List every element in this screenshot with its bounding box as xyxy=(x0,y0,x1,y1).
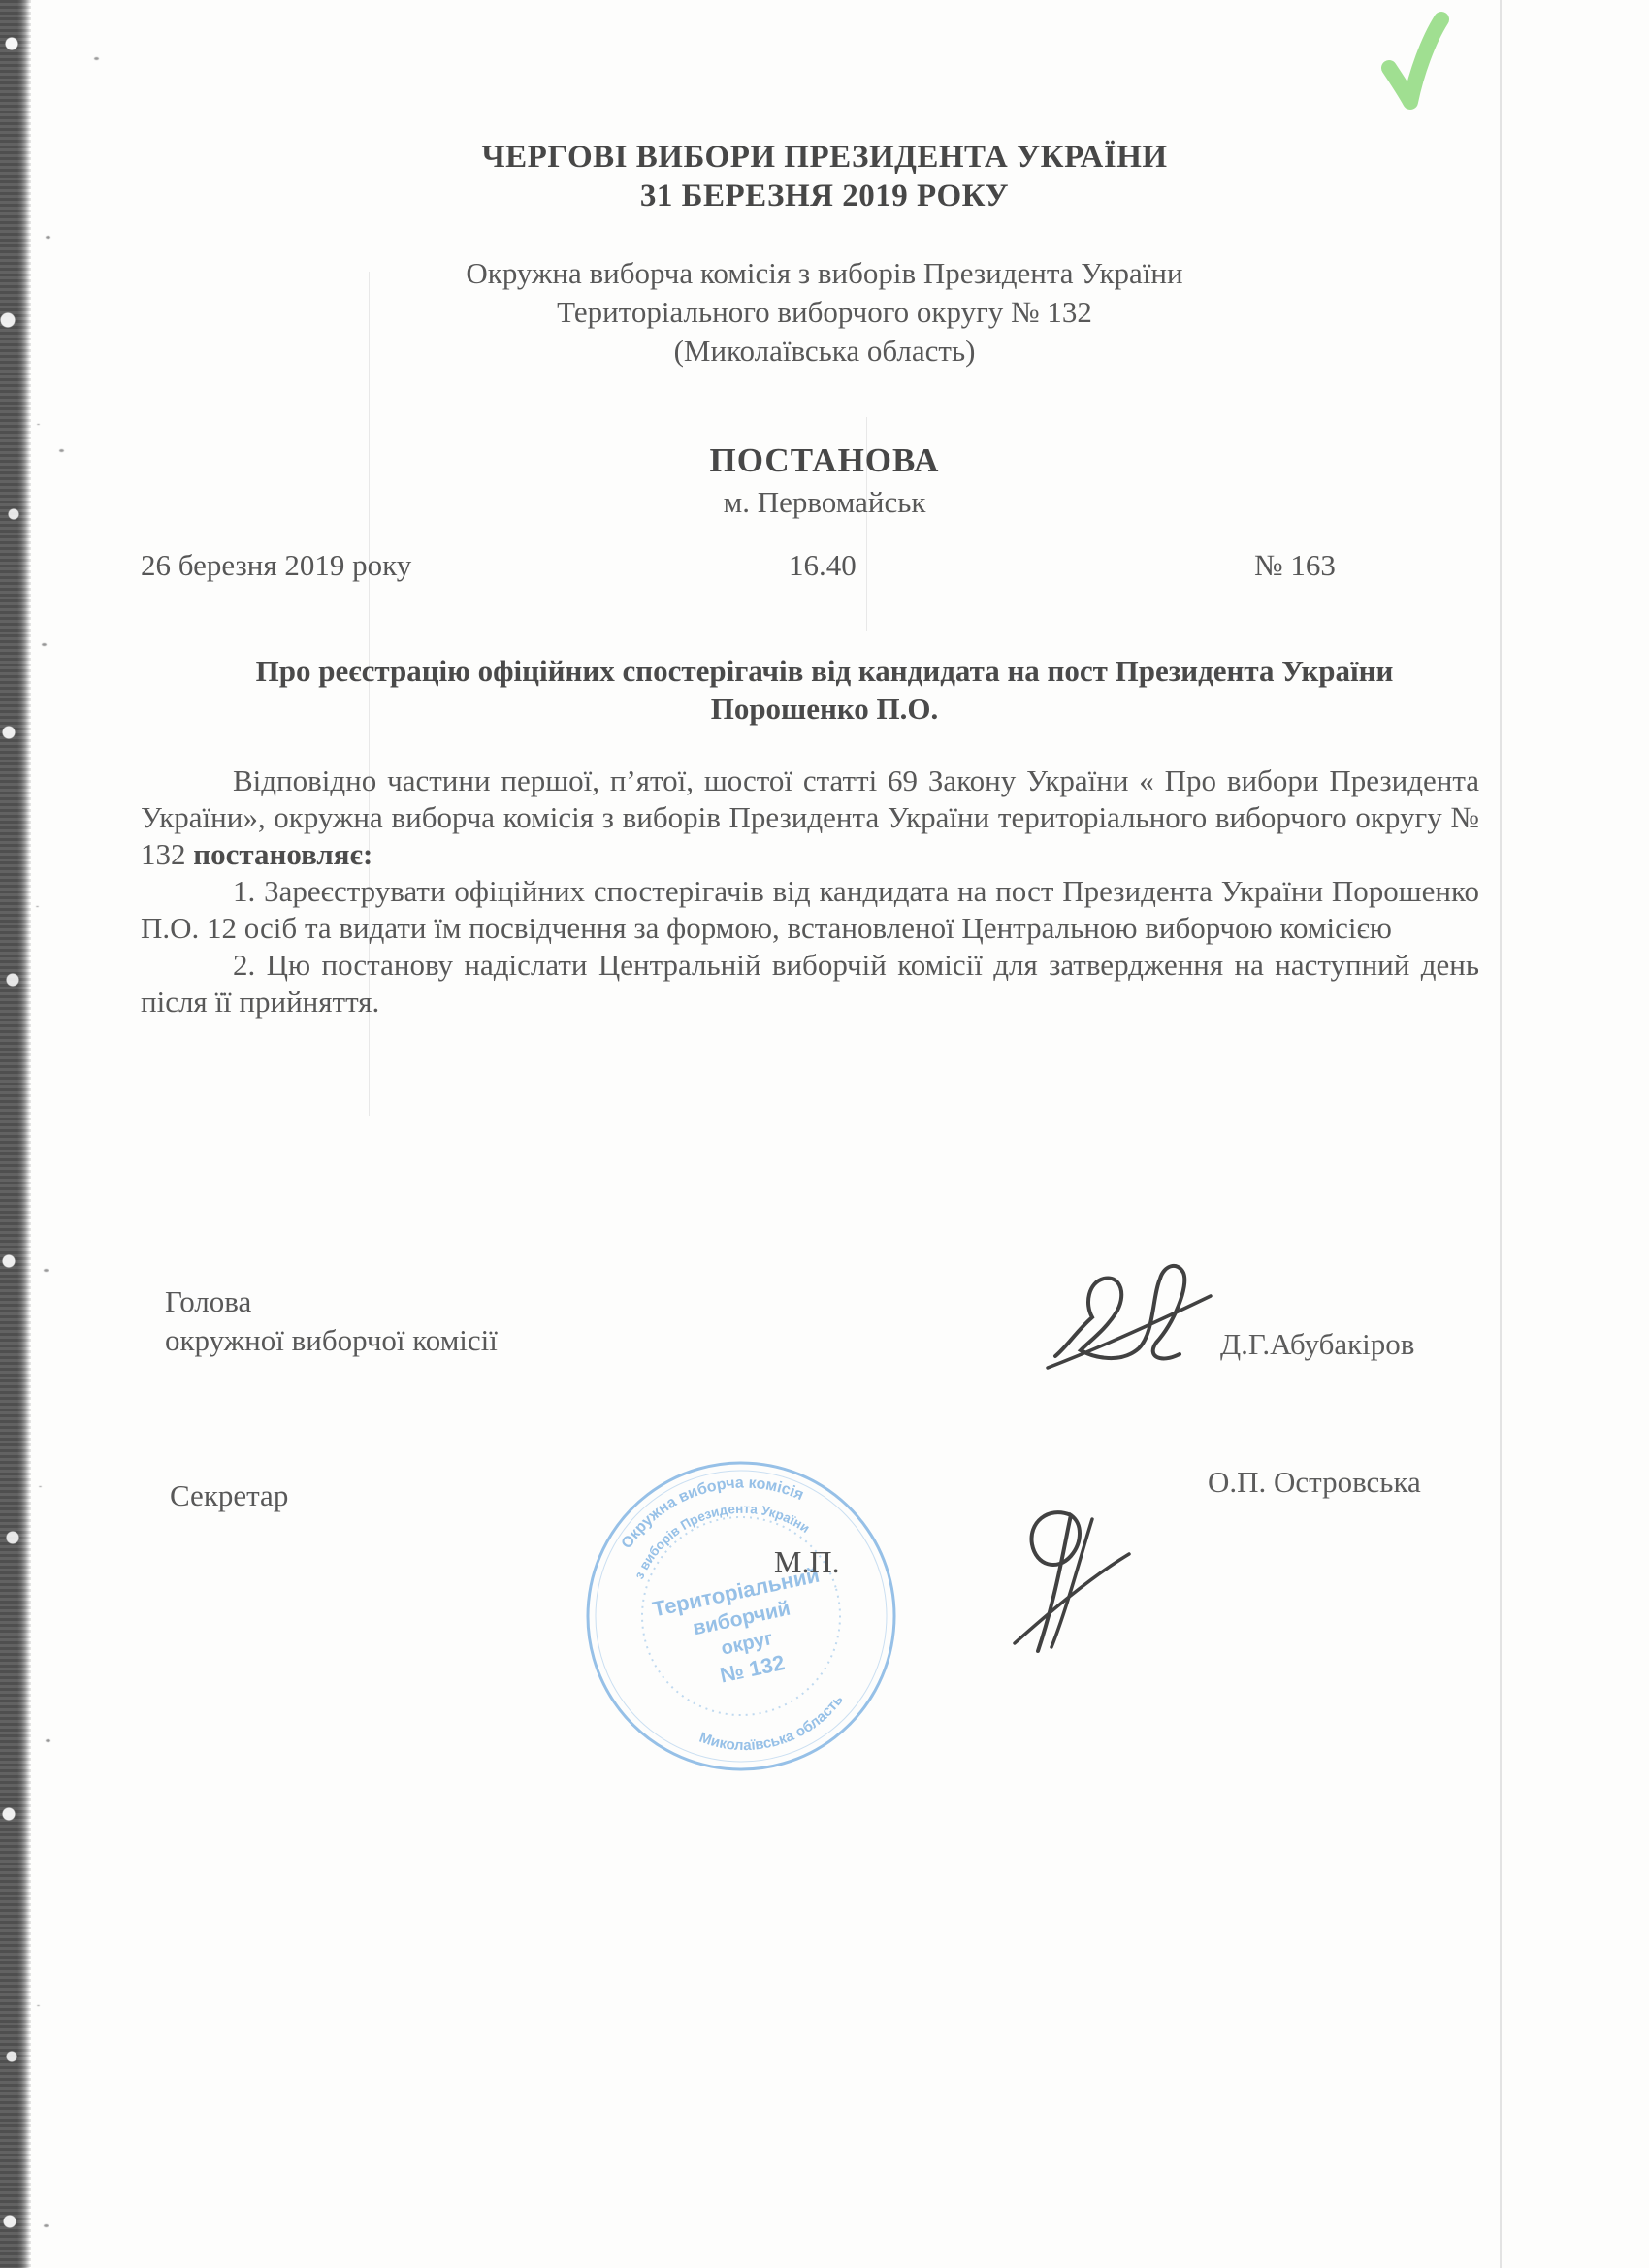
head-role-line1: Голова xyxy=(165,1282,498,1321)
doc-time: 16.40 xyxy=(789,548,857,583)
head-role-line2: окружної виборчої комісії xyxy=(165,1321,498,1360)
doc-number: № 163 xyxy=(1254,548,1336,583)
secretary-signature-image xyxy=(978,1496,1152,1680)
secretary-role: Секретар xyxy=(170,1476,288,1515)
green-checkmark-icon xyxy=(1375,10,1453,112)
intro-bold: постановляє: xyxy=(193,837,372,871)
commission-line3: (Миколаївська область) xyxy=(145,332,1503,371)
election-title-line2: 31 БЕРЕЗНЯ 2019 РОКУ xyxy=(145,177,1503,215)
seal-abbreviation: М.П. xyxy=(774,1544,840,1580)
head-signature-image xyxy=(1040,1240,1229,1390)
secretary-name: О.П. Островська xyxy=(1208,1465,1421,1500)
head-role: Голова окружної виборчої комісії xyxy=(165,1282,498,1360)
doc-subject: Про реєстрацію офіційних спостерігачів в… xyxy=(223,652,1426,728)
doc-place: м. Первомайськ xyxy=(145,485,1503,520)
doc-body: Відповідно частини першої, п’ятої, шосто… xyxy=(141,762,1479,1021)
resolution-item-1: 1. Зареєструвати офіційних спостерігачів… xyxy=(141,873,1479,947)
head-name: Д.Г.Абубакіров xyxy=(1220,1327,1414,1362)
round-stamp: Окружна виборча комісія з виборів Презид… xyxy=(537,1412,946,1821)
commission-line2: Територіального виборчого округу № 132 xyxy=(145,293,1503,332)
election-title-line1: ЧЕРГОВІ ВИБОРИ ПРЕЗИДЕНТА УКРАЇНИ xyxy=(145,138,1503,177)
intro-paragraph: Відповідно частини першої, п’ятої, шосто… xyxy=(141,762,1479,873)
doc-type-title: ПОСТАНОВА xyxy=(145,441,1503,480)
resolution-item-2: 2. Цю постанову надіслати Центральній ви… xyxy=(141,947,1479,1021)
doc-date: 26 березня 2019 року xyxy=(141,548,411,583)
scan-specks xyxy=(35,49,46,57)
scan-edge-band xyxy=(0,0,31,2268)
election-title: ЧЕРГОВІ ВИБОРИ ПРЕЗИДЕНТА УКРАЇНИ 31 БЕР… xyxy=(145,138,1503,215)
scanned-document-page: { "colors": { "stamp": "#7db2e2", "check… xyxy=(0,0,1649,2268)
commission-line1: Окружна виборча комісія з виборів Презид… xyxy=(145,254,1503,293)
commission-name: Окружна виборча комісія з виборів Презид… xyxy=(145,254,1503,371)
doc-meta-row: 26 березня 2019 року 16.40 № 163 xyxy=(0,548,1649,591)
